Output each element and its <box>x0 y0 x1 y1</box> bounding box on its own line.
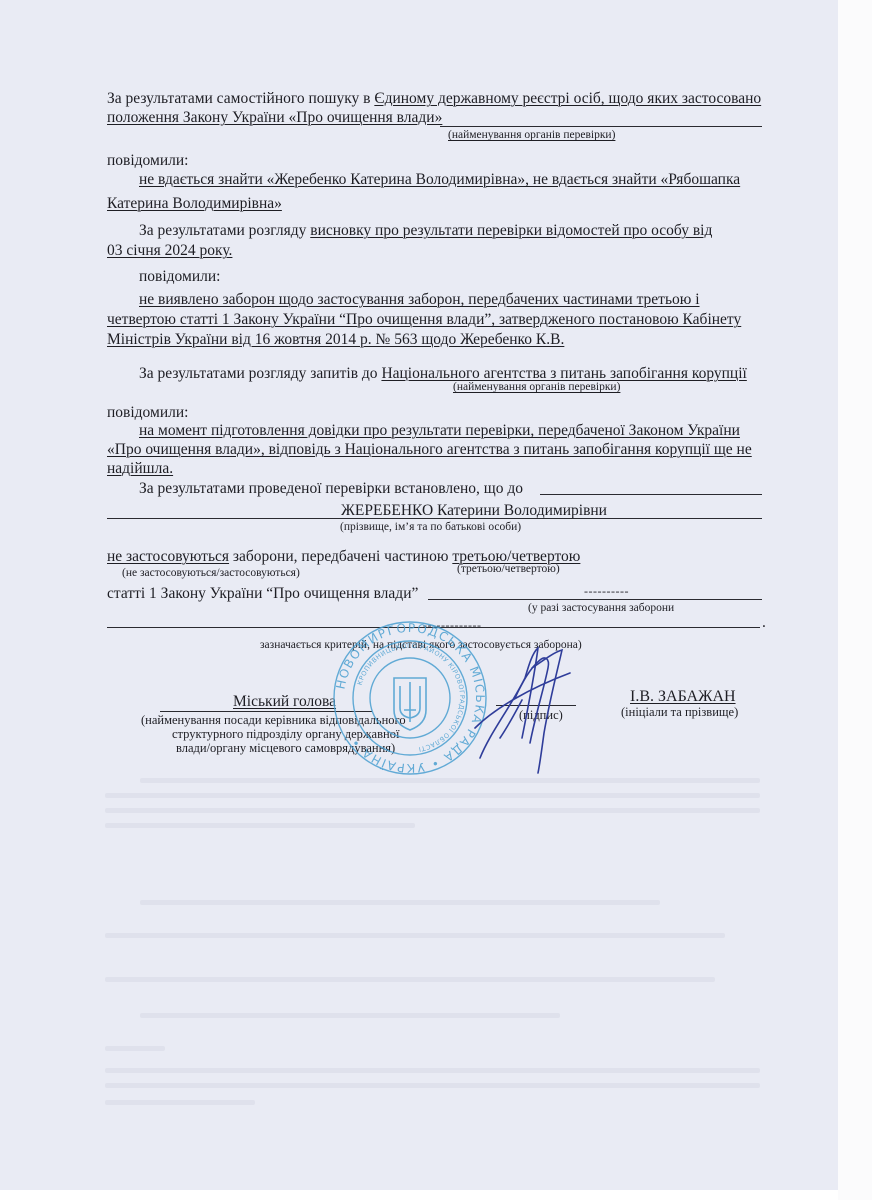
fill-line <box>107 518 341 519</box>
fill-line <box>428 599 762 600</box>
p1-intro: За результатами самостійного пошуку в <box>107 90 374 107</box>
applies-hint: (не застосовуються/застосовуються) <box>122 566 300 580</box>
name-hint: (ініціали та прізвище) <box>621 705 738 719</box>
p2-line2: 03 січня 2024 року. <box>107 242 232 260</box>
article-text: статті 1 Закону України “Про очищення вл… <box>107 585 418 603</box>
p3-result-line3: надійшла. <box>107 460 173 478</box>
fill-line <box>341 518 762 519</box>
p1-result-line2: Катерина Володимирівна» <box>107 195 282 213</box>
p2-result-line3: Міністрів України від 16 жовтня 2014 р. … <box>107 331 564 349</box>
parts-hint: (третьою/четвертою) <box>457 562 560 576</box>
p3-reported: повідомили: <box>107 404 188 422</box>
p3-hint: (найменування органів перевірки) <box>453 380 620 394</box>
p1-reported: повідомили: <box>107 152 188 170</box>
trident-icon <box>394 678 426 730</box>
p2-reported: повідомили: <box>139 268 220 286</box>
person-hint: (прізвище, ім’я та по батькові особи) <box>340 520 521 534</box>
applies-value: не застосовуються <box>107 548 229 565</box>
p3-result-line2: «Про очищення влади», відповідь з Націон… <box>107 441 752 459</box>
scan-edge <box>838 0 872 1200</box>
fill-line <box>540 494 762 495</box>
p3-result-line1: на момент підготовлення довідки про резу… <box>139 422 740 440</box>
p1-line2: положення Закону України «Про очищення в… <box>107 109 442 127</box>
p1-result-line1: не вдається знайти «Жеребенко Катерина В… <box>139 171 740 189</box>
p2-line1: За результатами розгляду висновку про ре… <box>139 222 712 240</box>
p2-result-line1: не виявлено заборон щодо застосування за… <box>139 291 700 309</box>
p1-line1: За результатами самостійного пошуку в Єд… <box>107 90 761 108</box>
handwritten-signature <box>470 638 580 778</box>
p1-registry-name: Єдиному державному реєстрі осіб, щодо як… <box>374 90 761 107</box>
p2-conclusion: висновку про результати перевірки відомо… <box>310 222 712 239</box>
ban-hint: (у разі застосування заборони <box>528 601 674 615</box>
p3-intro: За результатами розгляду запитів до <box>139 365 381 382</box>
p3-line1: За результатами розгляду запитів до Наці… <box>139 365 747 383</box>
official-position: Міський голова <box>233 693 336 711</box>
p2-intro: За результатами розгляду <box>139 222 310 239</box>
official-name: І.В. ЗАБАЖАН <box>630 688 736 706</box>
period: . <box>762 614 766 632</box>
fill-line <box>440 126 762 127</box>
applies-text: заборони, передбачені частиною <box>229 548 452 565</box>
official-stamp: НОВОМИРГОРОДСЬКА МІСЬКА РАДА • УКРАЇНА •… <box>330 618 490 778</box>
dash-1: ---------- <box>584 585 629 597</box>
p2-result-line2: четвертою статті 1 Закону України “Про о… <box>107 311 741 329</box>
conclusion-line1: За результатами проведеної перевірки вст… <box>139 480 523 498</box>
p1-hint: (найменування органів перевірки) <box>448 128 615 142</box>
